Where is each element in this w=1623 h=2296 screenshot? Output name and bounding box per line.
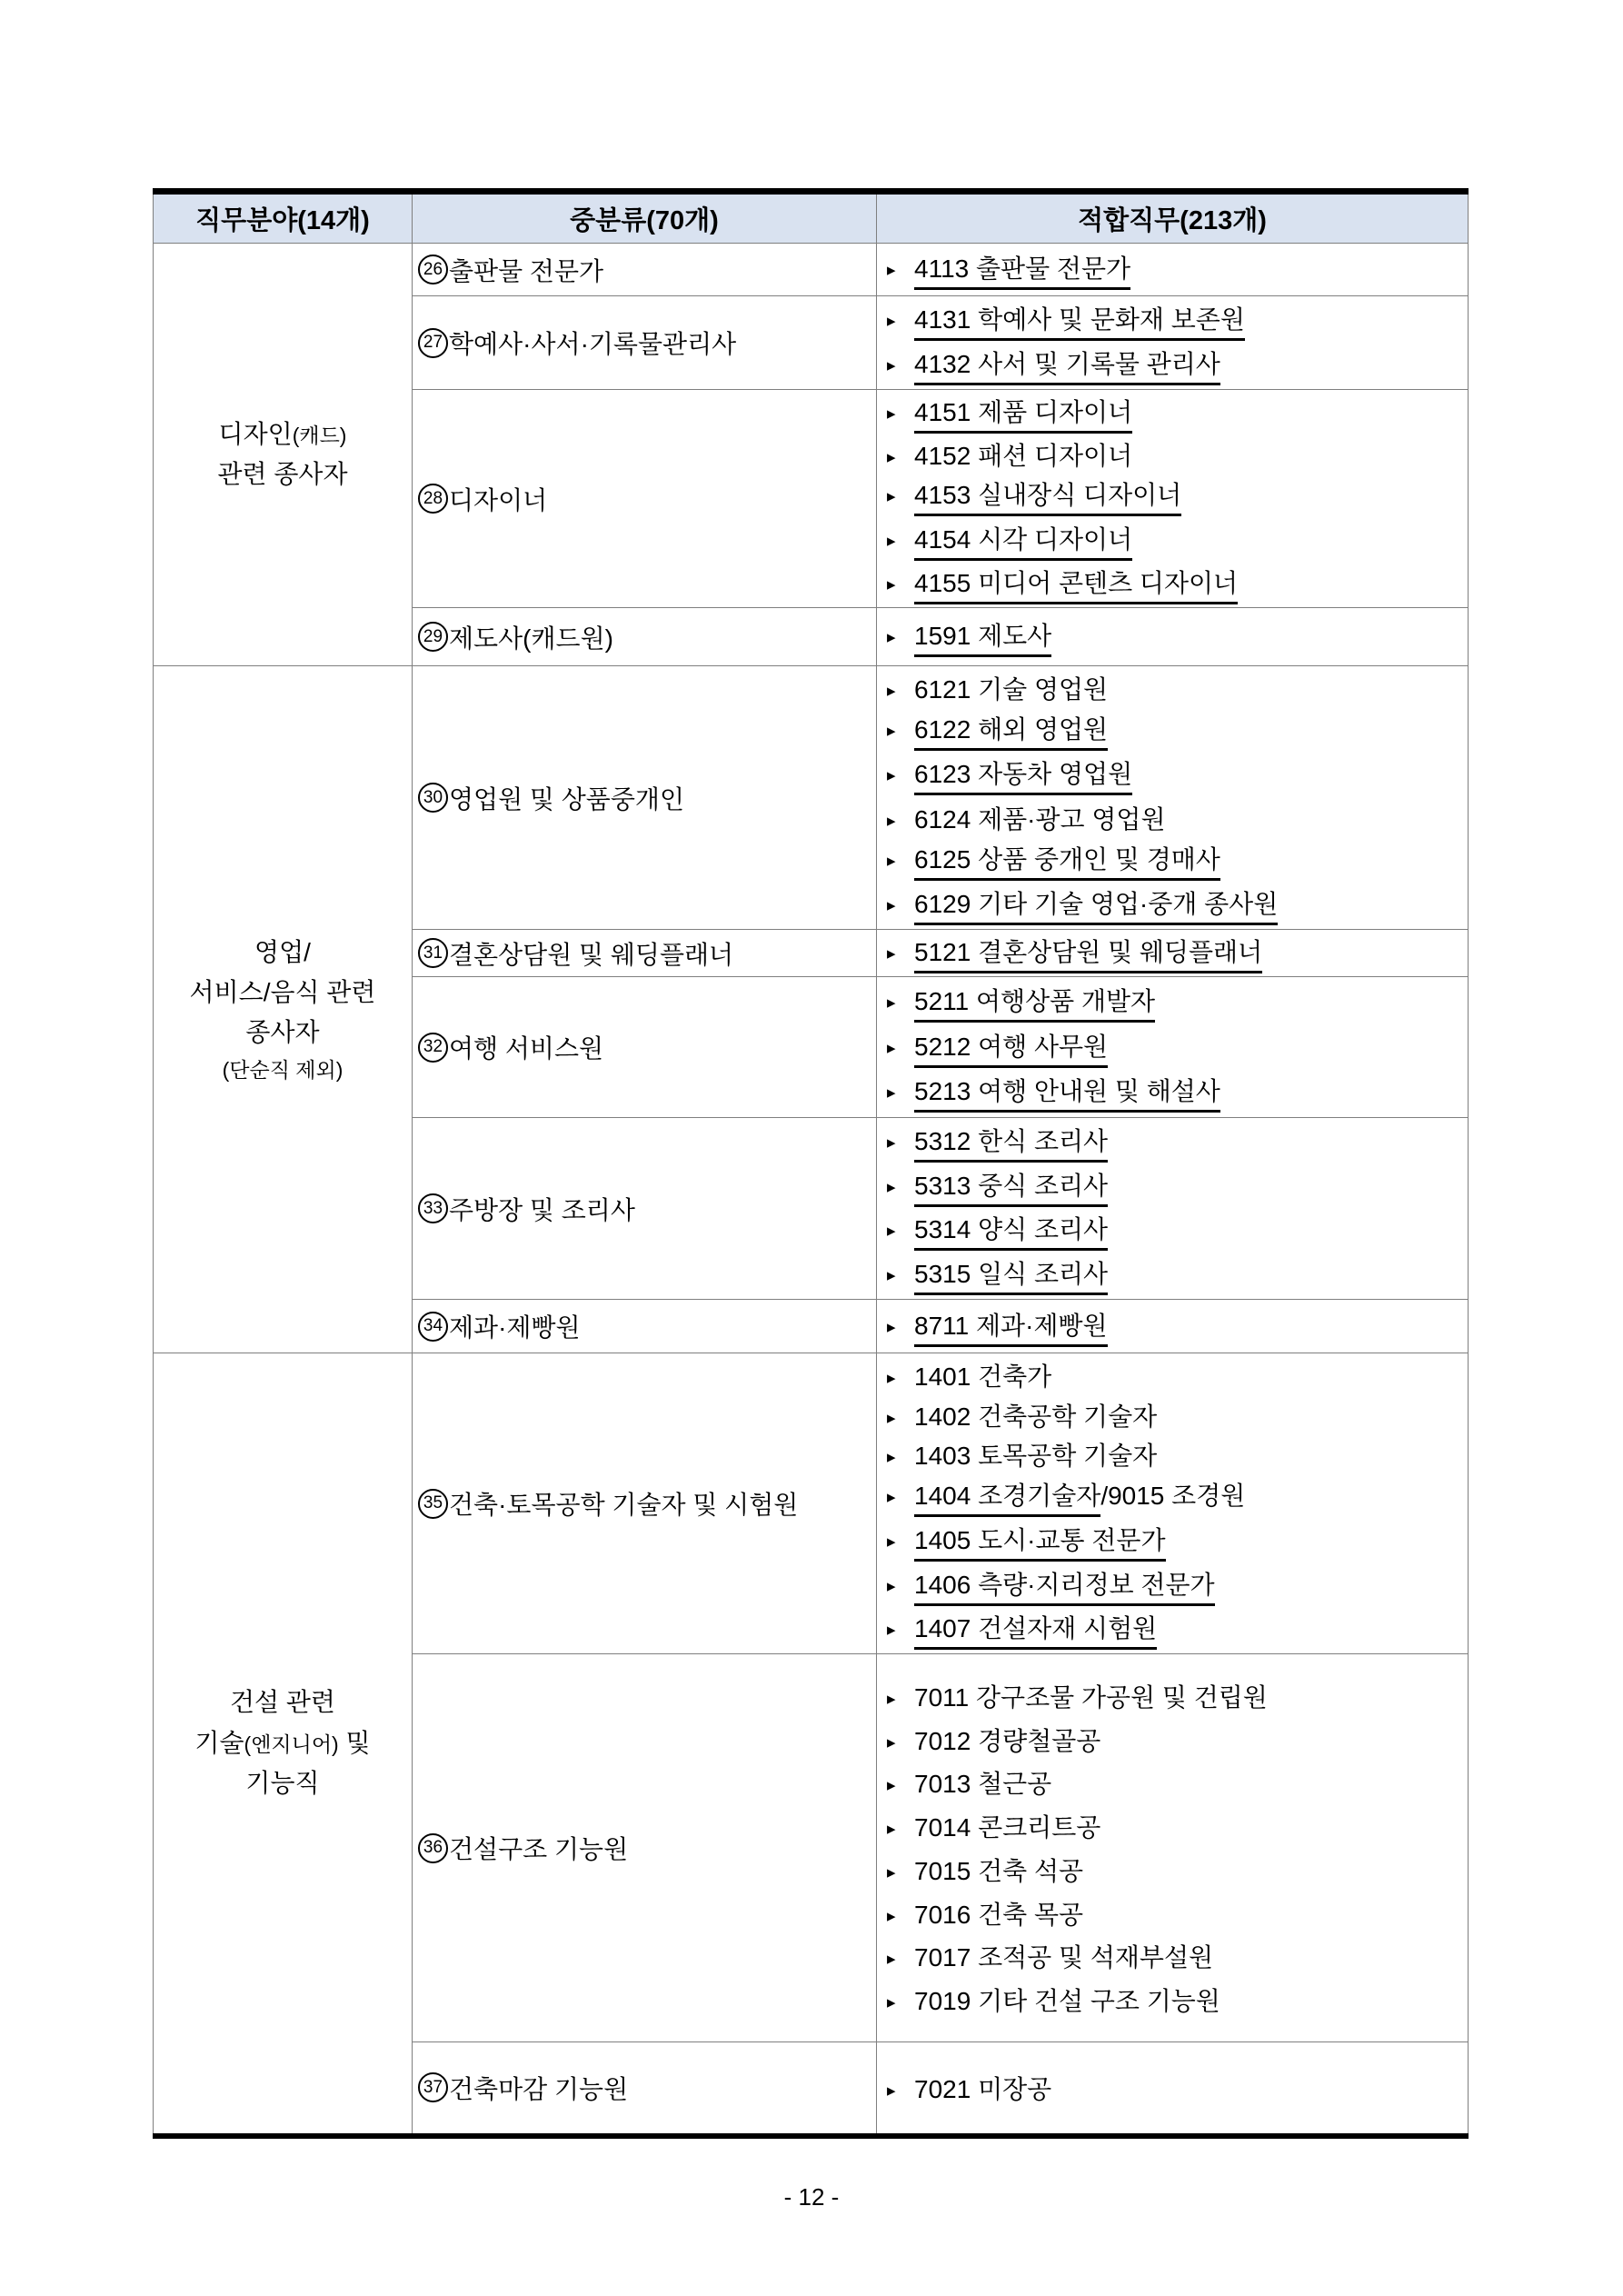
job-entry: ▸7021 미장공: [887, 2070, 1468, 2106]
job-entry-text: 7015 건축 석공: [914, 1852, 1083, 1888]
header-row: 직무분야(14개) 중분류(70개) 적합직무(213개): [154, 192, 1469, 244]
circled-number: 32: [418, 1033, 448, 1063]
job-entry: ▸4152 패션 디자이너: [887, 436, 1468, 473]
triangle-bullet-icon: ▸: [887, 311, 914, 332]
table-row: 디자인(캐드) 관련 종사자 26출판물 전문가 ▸4113 출판물 전문가: [154, 244, 1469, 296]
category-text: 건축마감 기능원: [449, 2070, 628, 2106]
triangle-bullet-icon: ▸: [887, 2081, 914, 2101]
triangle-bullet-icon: ▸: [887, 895, 914, 916]
triangle-bullet-icon: ▸: [887, 1447, 914, 1468]
category-text: 디자이너: [449, 481, 547, 517]
circled-number: 34: [418, 1312, 448, 1342]
category-label: 34제과·제빵원: [413, 1300, 876, 1353]
job-entry-text: 7014 콘크리트공: [914, 1808, 1100, 1844]
triangle-bullet-icon: ▸: [887, 1487, 914, 1508]
jobs-cell: ▸8711 제과·제빵원: [877, 1300, 1469, 1353]
field-label: 건설 관련 기술(엔지니어) 및 기능직: [154, 1353, 412, 2133]
field-label: 영업/ 서비스/음식 관련 종사자 (단순직 제외): [154, 666, 412, 1353]
triangle-bullet-icon: ▸: [887, 1083, 914, 1103]
category-text: 영업원 및 상품중개인: [449, 780, 684, 816]
triangle-bullet-icon: ▸: [887, 851, 914, 872]
job-entry-text: 7013 철근공: [914, 1764, 1051, 1801]
job-entry-text: 1591 제도사: [914, 616, 1051, 657]
document-page: 직무분야(14개) 중분류(70개) 적합직무(213개) 디자인(캐드) 관련…: [0, 0, 1623, 2296]
triangle-bullet-icon: ▸: [887, 811, 914, 832]
category-label: 35건축·토목공학 기술자 및 시험원: [413, 1353, 876, 1653]
header-mid-category: 중분류(70개): [413, 192, 877, 244]
job-entry-text: 1405 도시·교통 전문가: [914, 1521, 1166, 1562]
job-entry: ▸7014 콘크리트공: [887, 1808, 1468, 1844]
job-entry-list: ▸1591 제도사: [877, 608, 1468, 665]
table-row: 건설 관련 기술(엔지니어) 및 기능직 35건축·토목공학 기술자 및 시험원…: [154, 1353, 1469, 1654]
job-entry-text: 5121 결혼상담원 및 웨딩플래너: [914, 933, 1262, 973]
category-cell: 33주방장 및 조리사: [413, 1118, 877, 1300]
job-entry: ▸1406 측량·지리정보 전문가: [887, 1565, 1468, 1606]
triangle-bullet-icon: ▸: [887, 943, 914, 964]
triangle-bullet-icon: ▸: [887, 1819, 914, 1840]
job-entry-text: 4154 시각 디자이너: [914, 520, 1132, 561]
job-entry: ▸4151 제품 디자이너: [887, 393, 1468, 434]
category-cell: 37건축마감 기능원: [413, 2042, 877, 2136]
triangle-bullet-icon: ▸: [887, 1949, 914, 1970]
jobs-cell: ▸1591 제도사: [877, 608, 1469, 666]
job-entry-text: 1402 건축공학 기술자: [914, 1397, 1157, 1433]
job-entry-text: 1401 건축가: [914, 1357, 1051, 1393]
triangle-bullet-icon: ▸: [887, 1317, 914, 1338]
category-label: 37건축마감 기능원: [413, 2042, 876, 2133]
triangle-bullet-icon: ▸: [887, 404, 914, 424]
field-line: 디자인(캐드): [219, 414, 347, 454]
job-entry: ▸1405 도시·교통 전문가: [887, 1521, 1468, 1562]
job-entry-text: 5213 여행 안내원 및 해설사: [914, 1072, 1220, 1113]
jobs-cell: ▸5211 여행상품 개발자 ▸5212 여행 사무원 ▸5213 여행 안내원…: [877, 977, 1469, 1118]
triangle-bullet-icon: ▸: [887, 447, 914, 468]
triangle-bullet-icon: ▸: [887, 1177, 914, 1198]
job-entry-text: 4152 패션 디자이너: [914, 436, 1132, 473]
circled-number: 28: [418, 484, 448, 514]
job-entry-text: 5314 양식 조리사: [914, 1210, 1108, 1251]
job-entry-text: 5212 여행 사무원: [914, 1027, 1108, 1068]
job-entry-text: 6129 기타 기술 영업·중개 종사원: [914, 884, 1278, 925]
triangle-bullet-icon: ▸: [887, 1368, 914, 1389]
job-entry-text: 4153 실내장식 디자이너: [914, 475, 1181, 516]
job-entry: ▸7011 강구조물 가공원 및 건립원: [887, 1678, 1468, 1714]
job-entry: ▸6122 해외 영업원: [887, 710, 1468, 751]
job-entry: ▸5315 일식 조리사: [887, 1254, 1468, 1295]
job-entry: ▸5312 한식 조리사: [887, 1122, 1468, 1163]
job-entry: ▸4132 사서 및 기록물 관리사: [887, 344, 1468, 385]
field-paren-text: (캐드): [293, 424, 347, 447]
job-entry-text: 6123 자동차 영업원: [914, 754, 1132, 795]
circled-number: 37: [418, 2072, 448, 2102]
job-entry-list: ▸7021 미장공: [877, 2042, 1468, 2133]
job-entry-list: ▸1401 건축가 ▸1402 건축공학 기술자 ▸1403 토목공학 기술자 …: [877, 1353, 1468, 1653]
job-entry: ▸5213 여행 안내원 및 해설사: [887, 1072, 1468, 1113]
job-entry-list: ▸4151 제품 디자이너 ▸4152 패션 디자이너 ▸4153 실내장식 디…: [877, 390, 1468, 607]
job-entry: ▸1403 토목공학 기술자: [887, 1436, 1468, 1472]
job-entry: ▸6124 제품·광고 영업원: [887, 800, 1468, 836]
circled-number: 29: [418, 622, 448, 652]
triangle-bullet-icon: ▸: [887, 765, 914, 786]
triangle-bullet-icon: ▸: [887, 1992, 914, 2013]
category-label: 29제도사(캐드원): [413, 608, 876, 665]
field-cell-construction: 건설 관련 기술(엔지니어) 및 기능직: [154, 1353, 413, 2136]
job-entry-text: 5211 여행상품 개발자: [914, 982, 1155, 1023]
job-entry-list: ▸5211 여행상품 개발자 ▸5212 여행 사무원 ▸5213 여행 안내원…: [877, 977, 1468, 1117]
circled-number: 26: [418, 255, 448, 285]
job-entry: ▸4131 학예사 및 문화재 보존원: [887, 300, 1468, 341]
job-entry-list: ▸4131 학예사 및 문화재 보존원 ▸4132 사서 및 기록물 관리사: [877, 296, 1468, 389]
category-cell: 35건축·토목공학 기술자 및 시험원: [413, 1353, 877, 1654]
category-cell: 26출판물 전문가: [413, 244, 877, 296]
category-text: 주방장 및 조리사: [449, 1191, 635, 1227]
category-label: 27학예사·사서·기록물관리사: [413, 296, 876, 389]
jobs-cell: ▸4151 제품 디자이너 ▸4152 패션 디자이너 ▸4153 실내장식 디…: [877, 390, 1469, 608]
job-entry-text: 7017 조적공 및 석재부설원: [914, 1938, 1213, 1974]
triangle-bullet-icon: ▸: [887, 1532, 914, 1552]
triangle-bullet-icon: ▸: [887, 260, 914, 281]
category-label: 28디자이너: [413, 390, 876, 607]
jobs-cell: ▸5312 한식 조리사 ▸5313 중식 조리사 ▸5314 양식 조리사 ▸…: [877, 1118, 1469, 1300]
triangle-bullet-icon: ▸: [887, 721, 914, 742]
category-label: 30영업원 및 상품중개인: [413, 666, 876, 929]
category-label: 36건설구조 기능원: [413, 1654, 876, 2041]
job-entry-text: 4151 제품 디자이너: [914, 393, 1132, 434]
job-entry-text-plain: /9015 조경원: [1100, 1476, 1245, 1512]
job-entry: ▸5212 여행 사무원: [887, 1027, 1468, 1068]
job-entry-text: 5313 중식 조리사: [914, 1166, 1108, 1207]
triangle-bullet-icon: ▸: [887, 1038, 914, 1059]
category-text: 여행 서비스원: [449, 1029, 603, 1065]
field-text: 기술: [194, 1729, 244, 1757]
job-entry: ▸6123 자동차 영업원: [887, 754, 1468, 795]
job-entry-text: 7012 경량철골공: [914, 1722, 1100, 1758]
job-entry: ▸4154 시각 디자이너: [887, 520, 1468, 561]
category-label: 33주방장 및 조리사: [413, 1118, 876, 1299]
job-entry: ▸4153 실내장식 디자이너: [887, 475, 1468, 516]
page-number: - 12 -: [0, 2183, 1623, 2211]
triangle-bullet-icon: ▸: [887, 1689, 914, 1710]
job-entry-text: 7011 강구조물 가공원 및 건립원: [914, 1678, 1268, 1714]
category-text: 결혼상담원 및 웨딩플래너: [449, 935, 733, 972]
triangle-bullet-icon: ▸: [887, 1265, 914, 1286]
category-cell: 36건설구조 기능원: [413, 1654, 877, 2042]
job-entry: ▸1401 건축가: [887, 1357, 1468, 1393]
field-line: 건설 관련: [230, 1682, 335, 1722]
field-text: 디자인: [219, 420, 293, 448]
job-entry: ▸7015 건축 석공: [887, 1852, 1468, 1888]
job-entry-text: 7021 미장공: [914, 2070, 1051, 2106]
circled-number: 36: [418, 1833, 448, 1863]
field-cell-sales-service-food: 영업/ 서비스/음식 관련 종사자 (단순직 제외): [154, 666, 413, 1353]
category-label: 31결혼상담원 및 웨딩플래너: [413, 930, 876, 976]
job-entry: ▸5121 결혼상담원 및 웨딩플래너: [887, 933, 1468, 973]
circled-number: 33: [418, 1193, 448, 1223]
jobs-cell: ▸4131 학예사 및 문화재 보존원 ▸4132 사서 및 기록물 관리사: [877, 296, 1469, 390]
triangle-bullet-icon: ▸: [887, 627, 914, 648]
job-entry: ▸5314 양식 조리사: [887, 1210, 1468, 1251]
category-text: 제과·제빵원: [449, 1308, 581, 1344]
jobs-cell: ▸7021 미장공: [877, 2042, 1469, 2136]
triangle-bullet-icon: ▸: [887, 1732, 914, 1753]
circled-number: 27: [418, 328, 448, 358]
category-cell: 27학예사·사서·기록물관리사: [413, 296, 877, 390]
triangle-bullet-icon: ▸: [887, 1620, 914, 1641]
job-entry-text: 6125 상품 중개인 및 경매사: [914, 840, 1220, 881]
field-paren-text: (단순직 제외): [223, 1053, 344, 1086]
job-entry: ▸1591 제도사: [887, 616, 1468, 657]
triangle-bullet-icon: ▸: [887, 1576, 914, 1597]
triangle-bullet-icon: ▸: [887, 531, 914, 552]
header-suitable-jobs: 적합직무(213개): [877, 192, 1469, 244]
job-entry-text: 7019 기타 건설 구조 기능원: [914, 1982, 1220, 2018]
field-line: 서비스/음식 관련: [190, 973, 376, 1013]
job-entry-text: 4155 미디어 콘텐츠 디자이너: [914, 564, 1238, 604]
category-cell: 28디자이너: [413, 390, 877, 608]
job-entry-text: 1404 조경기술자: [914, 1476, 1100, 1517]
field-label: 디자인(캐드) 관련 종사자: [154, 244, 412, 665]
category-cell: 30영업원 및 상품중개인: [413, 666, 877, 930]
job-entry: ▸1407 건설자재 시험원: [887, 1609, 1468, 1650]
job-classification-table: 직무분야(14개) 중분류(70개) 적합직무(213개) 디자인(캐드) 관련…: [153, 188, 1469, 2139]
job-entry: ▸7016 건축 목공: [887, 1895, 1468, 1932]
job-entry: ▸1404 조경기술자 /9015 조경원: [887, 1476, 1468, 1517]
field-paren-text: (엔지니어): [244, 1732, 339, 1756]
job-entry: ▸5313 중식 조리사: [887, 1166, 1468, 1207]
field-line: 종사자: [245, 1013, 319, 1053]
table-row: 영업/ 서비스/음식 관련 종사자 (단순직 제외) 30영업원 및 상품중개인…: [154, 666, 1469, 930]
circled-number: 30: [418, 783, 448, 813]
job-entry: ▸7017 조적공 및 석재부설원: [887, 1938, 1468, 1974]
job-entry-list: ▸8711 제과·제빵원: [877, 1300, 1468, 1353]
job-entry-text: 5315 일식 조리사: [914, 1254, 1108, 1295]
category-text: 출판물 전문가: [449, 252, 603, 288]
job-entry-list: ▸4113 출판물 전문가: [877, 244, 1468, 295]
triangle-bullet-icon: ▸: [887, 1906, 914, 1927]
job-entry-text: 6124 제품·광고 영업원: [914, 800, 1166, 836]
job-entry: ▸1402 건축공학 기술자: [887, 1397, 1468, 1433]
triangle-bullet-icon: ▸: [887, 1133, 914, 1153]
job-entry: ▸6121 기술 영업원: [887, 670, 1468, 706]
jobs-cell: ▸6121 기술 영업원 ▸6122 해외 영업원 ▸6123 자동차 영업원 …: [877, 666, 1469, 930]
job-entry-list: ▸6121 기술 영업원 ▸6122 해외 영업원 ▸6123 자동차 영업원 …: [877, 666, 1468, 929]
field-text: 및: [339, 1729, 371, 1757]
job-entry: ▸4155 미디어 콘텐츠 디자이너: [887, 564, 1468, 604]
job-entry: ▸7012 경량철골공: [887, 1722, 1468, 1758]
job-entry: ▸4113 출판물 전문가: [887, 249, 1468, 290]
job-entry-text: 6122 해외 영업원: [914, 710, 1108, 751]
job-entry-list: ▸7011 강구조물 가공원 및 건립원 ▸7012 경량철골공 ▸7013 철…: [877, 1654, 1468, 2041]
triangle-bullet-icon: ▸: [887, 1775, 914, 1796]
job-entry: ▸6129 기타 기술 영업·중개 종사원: [887, 884, 1468, 925]
jobs-cell: ▸1401 건축가 ▸1402 건축공학 기술자 ▸1403 토목공학 기술자 …: [877, 1353, 1469, 1654]
category-cell: 34제과·제빵원: [413, 1300, 877, 1353]
triangle-bullet-icon: ▸: [887, 355, 914, 376]
category-label: 32여행 서비스원: [413, 977, 876, 1117]
triangle-bullet-icon: ▸: [887, 1862, 914, 1883]
job-entry: ▸5211 여행상품 개발자: [887, 982, 1468, 1023]
triangle-bullet-icon: ▸: [887, 1221, 914, 1242]
job-entry-text: 1406 측량·지리정보 전문가: [914, 1565, 1215, 1606]
triangle-bullet-icon: ▸: [887, 486, 914, 507]
jobs-cell: ▸7011 강구조물 가공원 및 건립원 ▸7012 경량철골공 ▸7013 철…: [877, 1654, 1469, 2042]
field-cell-design: 디자인(캐드) 관련 종사자: [154, 244, 413, 666]
jobs-cell: ▸5121 결혼상담원 및 웨딩플래너: [877, 930, 1469, 977]
field-line: 기술(엔지니어) 및: [194, 1723, 370, 1763]
category-text: 학예사·사서·기록물관리사: [449, 324, 736, 361]
triangle-bullet-icon: ▸: [887, 574, 914, 595]
job-entry: ▸7013 철근공: [887, 1764, 1468, 1801]
field-line: 영업/: [254, 933, 311, 973]
job-entry-list: ▸5312 한식 조리사 ▸5313 중식 조리사 ▸5314 양식 조리사 ▸…: [877, 1118, 1468, 1299]
field-line: 관련 종사자: [217, 454, 347, 494]
circled-number: 31: [418, 938, 448, 968]
category-text: 건축·토목공학 기술자 및 시험원: [449, 1485, 798, 1522]
category-text: 건설구조 기능원: [449, 1830, 628, 1866]
category-cell: 29제도사(캐드원): [413, 608, 877, 666]
job-entry-text: 7016 건축 목공: [914, 1895, 1083, 1932]
jobs-cell: ▸4113 출판물 전문가: [877, 244, 1469, 296]
job-entry-text: 4131 학예사 및 문화재 보존원: [914, 300, 1245, 341]
field-line: 기능직: [245, 1763, 319, 1803]
job-entry-text: 5312 한식 조리사: [914, 1122, 1108, 1163]
job-entry: ▸8711 제과·제빵원: [887, 1306, 1468, 1347]
category-text: 제도사(캐드원): [449, 619, 613, 655]
triangle-bullet-icon: ▸: [887, 681, 914, 702]
category-cell: 31결혼상담원 및 웨딩플래너: [413, 930, 877, 977]
triangle-bullet-icon: ▸: [887, 1408, 914, 1429]
job-entry-list: ▸5121 결혼상담원 및 웨딩플래너: [877, 930, 1468, 976]
category-cell: 32여행 서비스원: [413, 977, 877, 1118]
category-label: 26출판물 전문가: [413, 244, 876, 295]
job-entry: ▸6125 상품 중개인 및 경매사: [887, 840, 1468, 881]
header-job-field: 직무분야(14개): [154, 192, 413, 244]
job-entry-text: 8711 제과·제빵원: [914, 1306, 1108, 1347]
job-entry-text: 4113 출판물 전문가: [914, 249, 1130, 290]
job-entry: ▸7019 기타 건설 구조 기능원: [887, 1982, 1468, 2018]
job-entry-text: 4132 사서 및 기록물 관리사: [914, 344, 1220, 385]
circled-number: 35: [418, 1489, 448, 1519]
triangle-bullet-icon: ▸: [887, 993, 914, 1013]
job-entry-text: 6121 기술 영업원: [914, 670, 1108, 706]
job-entry-text: 1407 건설자재 시험원: [914, 1609, 1157, 1650]
job-entry-text: 1403 토목공학 기술자: [914, 1436, 1157, 1472]
